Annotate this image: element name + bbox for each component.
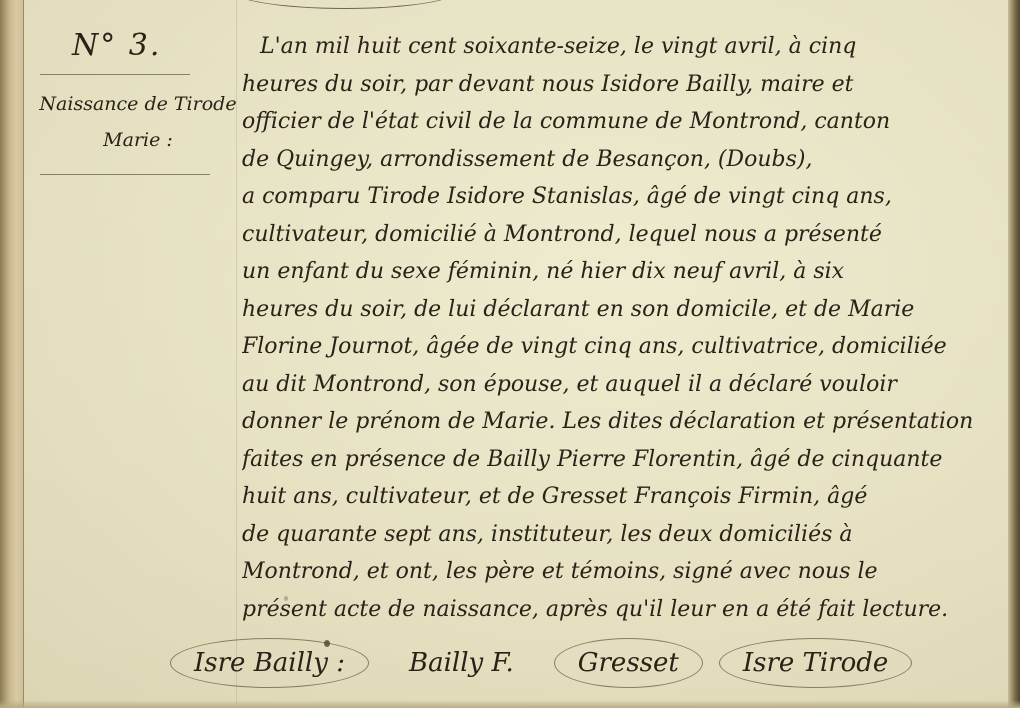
body-line: officier de l'état civil de la commune d… [242,103,1012,141]
body-line: Florine Journot, âgée de vingt cinq ans,… [242,328,1012,366]
body-line: présent acte de naissance, après qu'il l… [242,591,1012,629]
margin-title-line-1: Naissance de Tirode [38,86,238,122]
ink-spot [324,640,330,647]
body-line: a comparu Tirode Isidore Stanislas, âgé … [242,178,1012,216]
margin-divider-top [40,74,190,75]
previous-record-flourish [230,0,460,9]
signature-row: Isre Bailly : Bailly F. Gresset Isre Tir… [180,628,920,698]
body-line: de Quingey, arrondissement de Besançon, … [242,141,1012,179]
body-line: faites en présence de Bailly Pierre Flor… [242,441,1012,479]
margin-title: Naissance de Tirode Marie : [38,86,238,158]
signature-father-tirode: Isre Tirode [729,644,902,682]
body-line: heures du soir, de lui déclarant en son … [242,291,1012,329]
body-line: cultivateur, domicilié à Montrond, leque… [242,216,1012,254]
binding-rule [23,0,24,708]
margin-divider-bottom [40,174,210,175]
body-line: L'an mil huit cent soixante-seize, le vi… [242,28,1012,66]
margin-title-line-2: Marie : [38,122,238,158]
signature-mayor: Isre Bailly : [180,644,359,682]
body-line: donner le prénom de Marie. Les dites déc… [242,403,1012,441]
page-bottom-edge [0,700,1020,708]
register-page: N° 3. Naissance de Tirode Marie : L'an m… [0,0,1020,708]
body-line: Montrond, et ont, les père et témoins, s… [242,553,1012,591]
book-binding [0,0,24,708]
body-line: huit ans, cultivateur, et de Gresset Fra… [242,478,1012,516]
body-line: de quarante sept ans, instituteur, les d… [242,516,1012,554]
body-line: au dit Montrond, son épouse, et auquel i… [242,366,1012,404]
body-line: heures du soir, par devant nous Isidore … [242,66,1012,104]
body-line: un enfant du sexe féminin, né hier dix n… [242,253,1012,291]
record-body: L'an mil huit cent soixante-seize, le vi… [242,28,1012,628]
signature-witness-gresset: Gresset [564,644,693,682]
signature-witness-bailly: Bailly F. [395,644,528,682]
ink-spot [284,596,288,601]
record-number: N° 3. [72,28,161,63]
